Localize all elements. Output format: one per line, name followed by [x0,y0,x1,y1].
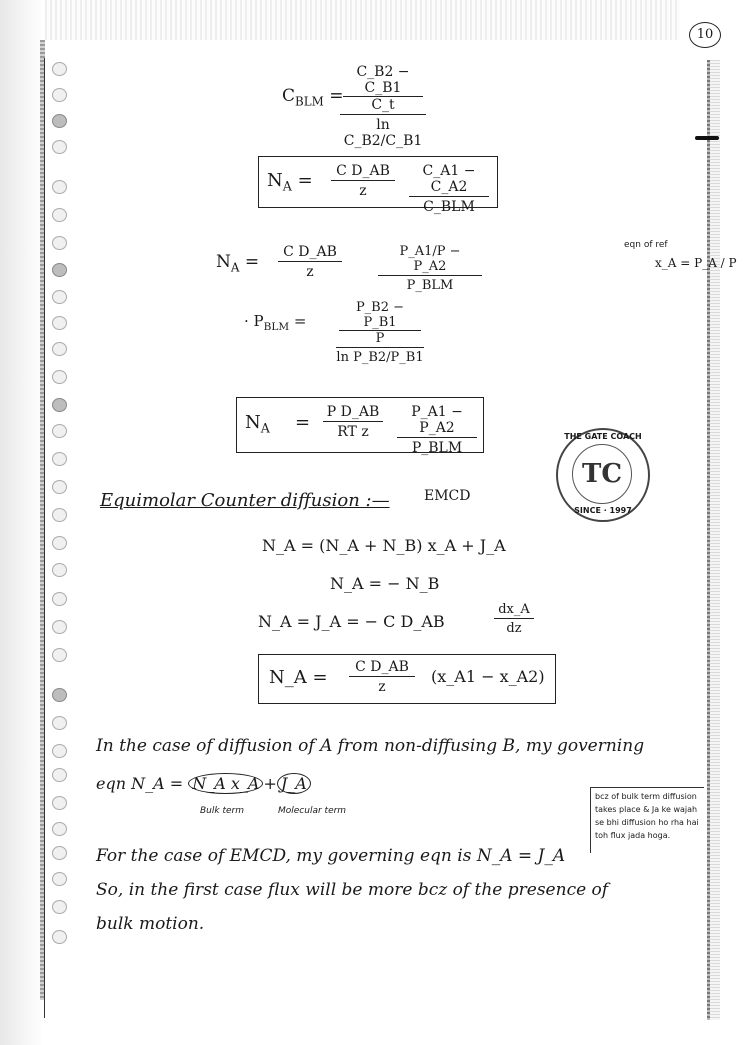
hole-icon [52,424,67,438]
side-note-bulk-flux: bcz of bulk term diffusion takes place &… [590,787,704,853]
hole-icon [52,290,67,304]
hole-icon [52,900,67,914]
hole-icon [52,114,67,128]
hole-icon [52,263,67,277]
scan-top-edge [40,0,680,40]
hole-icon [52,236,67,250]
hole-icon [52,768,67,782]
hole-icon [52,370,67,384]
molecular-term: J_A [277,773,311,794]
emcd-eq3-derivative: dx_A dz [494,602,534,636]
hole-icon [52,592,67,606]
boxed-equation-emcd: N_A = C D_AB z (x_A1 − x_A2) [258,654,556,704]
margin-line [44,58,45,1018]
na-conc-fraction-2: C_A1 − C_A2 C_BLM [409,163,489,215]
bulk-term: N_A x_A [188,773,263,794]
hole-icon [52,208,67,222]
explanation-line-3: For the case of EMCD, my governing eqn i… [96,846,565,866]
hole-icon [52,744,67,758]
hole-icon [52,452,67,466]
explanation-line-5: bulk motion. [96,914,204,934]
boxed-equation-na-rt: NA = P D_AB RT z P_A1 − P_A2 P_BLM [236,397,484,453]
hole-icon [52,508,67,522]
na-pressure-fraction-2: P_A1/P − P_A2 P_BLM [378,244,482,293]
na-pressure-fraction-1: C D_AB z [278,244,342,280]
hole-icon [52,536,67,550]
emcd-heading: Equimolar Counter diffusion :— [100,490,390,511]
hole-icon [52,140,67,154]
hole-icon [52,822,67,836]
na-conc-fraction-1: C D_AB z [331,163,395,199]
hole-icon [52,648,67,662]
hole-icon [52,716,67,730]
hole-icon [52,342,67,356]
emcd-eq1: N_A = (N_A + N_B) x_A + J_A [262,536,506,555]
hole-icon [52,796,67,810]
hole-icon [52,180,67,194]
hole-icon [52,88,67,102]
hole-icon [52,688,67,702]
hole-icon [52,620,67,634]
hole-icon [52,316,67,330]
bulk-term-label: Bulk term [200,806,244,816]
pblm-fraction: P_B2 − P_B1 P ln P_B2/P_B1 [336,300,424,365]
hole-icon [52,846,67,860]
hole-icon [52,398,67,412]
hole-icon [52,563,67,577]
margin-dash-mark [695,136,719,140]
explanation-line-4: So, in the first case flux will be more … [96,880,608,900]
explanation-line-1: In the case of diffusion of A from non-d… [96,736,644,756]
cblm-numerator: C_B2 − C_B1 [343,64,423,97]
page-number: 10 [689,22,721,48]
stamp-logo-icon: TC [572,444,632,504]
emcd-abbrev: EMCD [424,488,471,504]
cblm-numerator-divisor: C_t [343,97,423,113]
cblm-lhs: CBLM = [282,86,343,108]
gate-coach-stamp: THE GATE COACH TC SINCE · 1997 [556,428,650,522]
na-rt-fraction-1: P D_AB RT z [323,404,383,440]
cblm-fraction: C_B2 − C_B1 C_t ln C_B2/C_B1 [340,64,426,149]
na-rt-fraction-2: P_A1 − P_A2 P_BLM [397,404,477,456]
scan-left-edge [0,0,44,1045]
hole-icon [52,480,67,494]
boxed-equation-na-concentration: NA = C D_AB z C_A1 − C_A2 C_BLM [258,156,498,208]
hole-icon [52,872,67,886]
scan-right-band [710,60,720,1020]
hole-icon [52,930,67,944]
explanation-line-2: eqn N_A = N_A x_A+J_A [96,774,311,793]
hole-icon [52,62,67,76]
cblm-denominator: ln C_B2/C_B1 [340,115,426,149]
emcd-eq2: N_A = − N_B [330,574,439,593]
molecular-term-label: Molecular term [278,806,346,816]
emcd-eq3: N_A = J_A = − C D_AB [258,612,445,631]
